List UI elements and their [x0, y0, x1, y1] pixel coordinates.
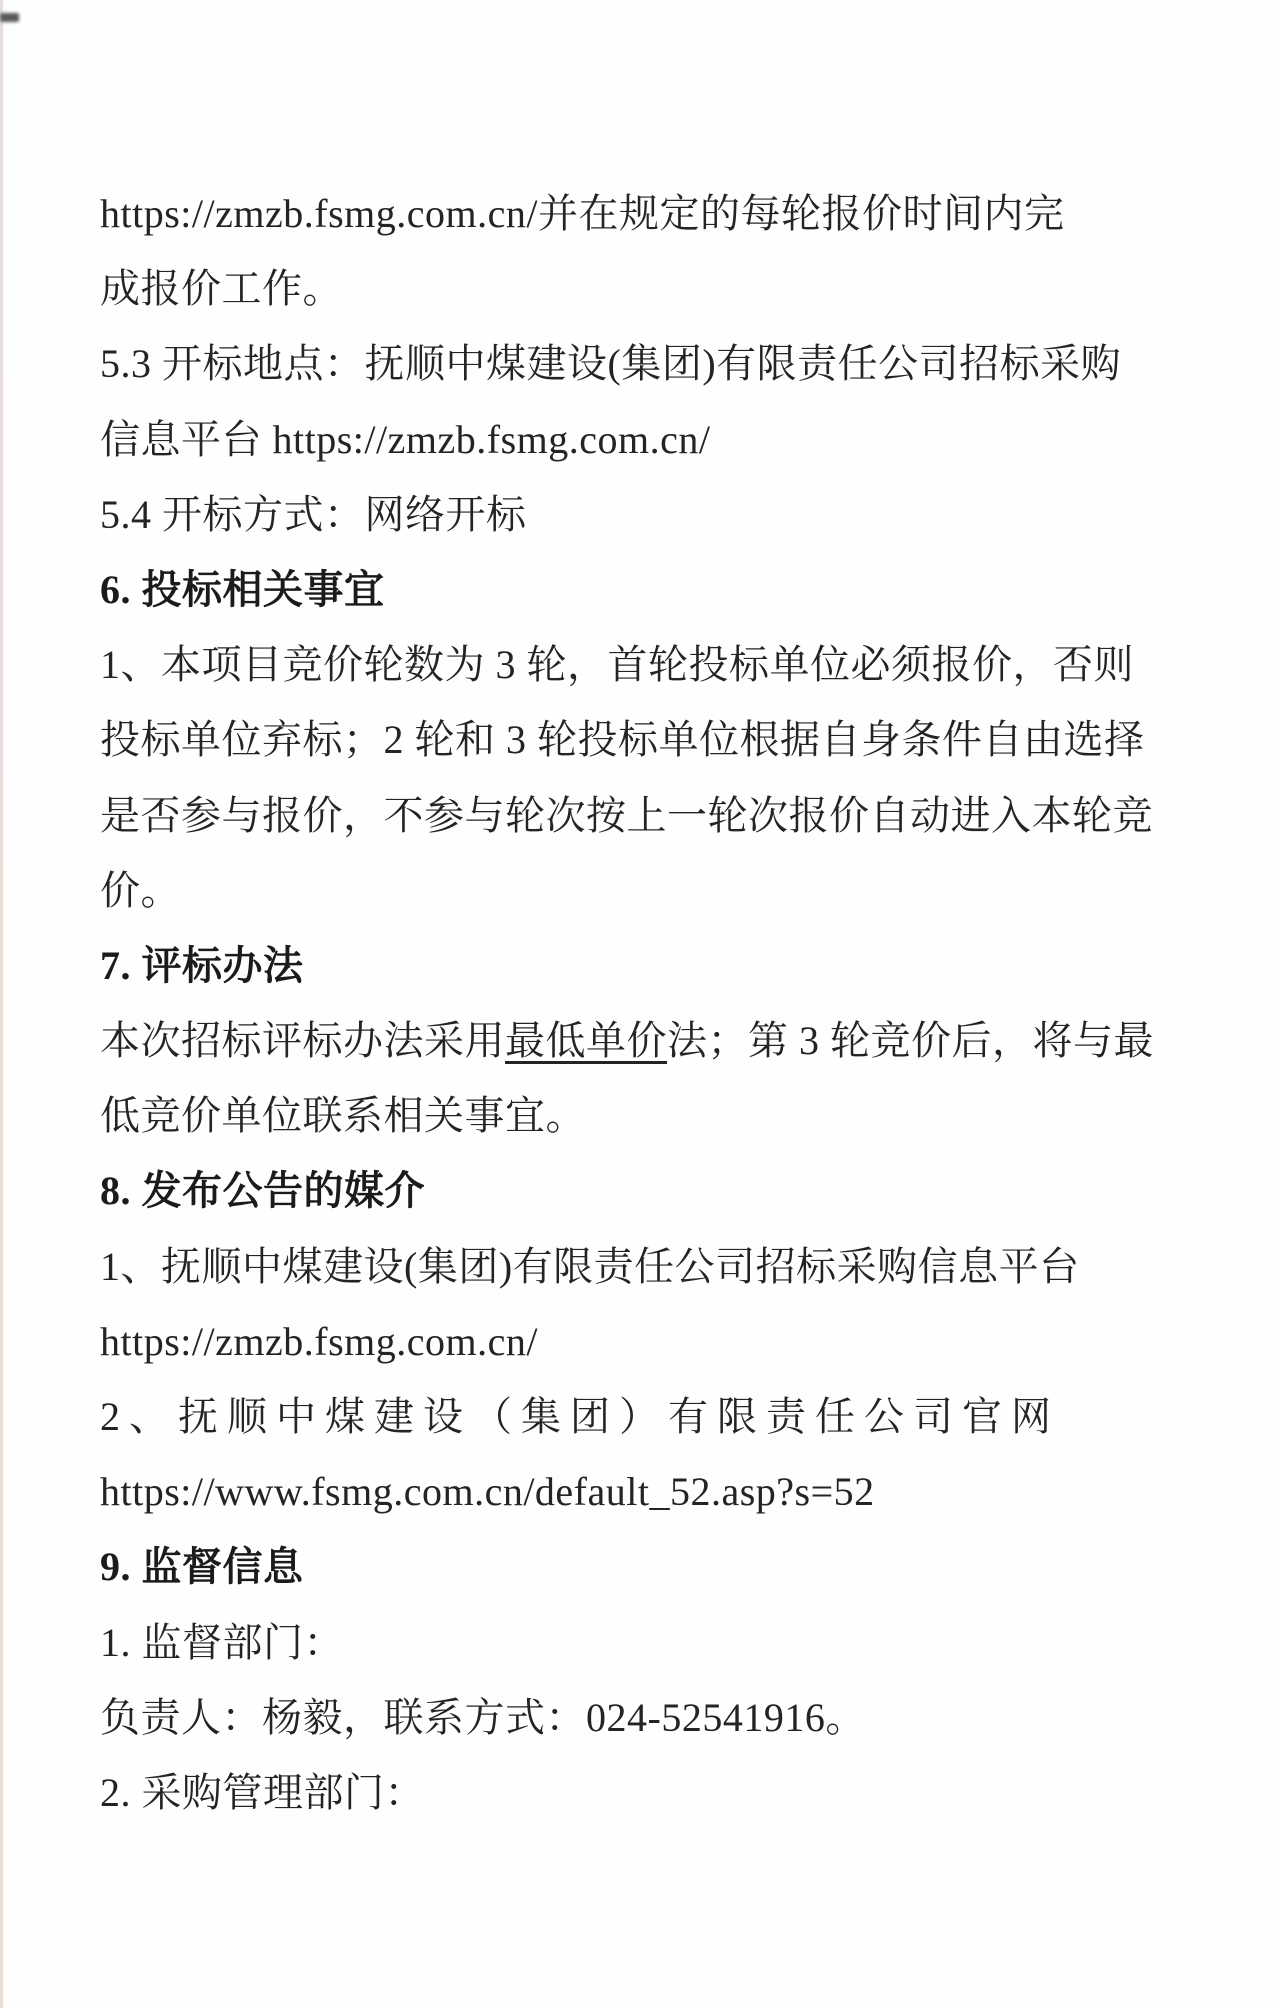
text-segment: 9. 监督信息 — [100, 1544, 304, 1589]
document-line-17: 2、抚顺中煤建设（集团）有限责任公司官网 — [100, 1379, 1110, 1454]
text-segment: 5.3 开标地点：抚顺中煤建设(集团)有限责任公司招标采购 — [100, 341, 1121, 386]
document-line-22: 2. 采购管理部门： — [100, 1755, 1110, 1830]
document-line-12: 本次招标评标办法采用最低单价法；第 3 轮竞价后，将与最 — [100, 1003, 1110, 1078]
document-line-13: 低竞价单位联系相关事宜。 — [100, 1078, 1110, 1153]
text-segment: 2、抚顺中煤建设（集团）有限责任公司官网 — [100, 1394, 1060, 1439]
text-segment: 本次招标评标办法采用 — [100, 1018, 505, 1063]
document-line-7: 1、本项目竞价轮数为 3 轮，首轮投标单位必须报价，否则 — [100, 627, 1110, 702]
underlined-text: 最低单价 — [505, 1018, 667, 1063]
text-segment: 1. 监督部门： — [100, 1620, 344, 1665]
document-line-9: 是否参与报价，不参与轮次按上一轮次报价自动进入本轮竞 — [100, 778, 1110, 853]
document-line-1: https://zmzb.fsmg.com.cn/并在规定的每轮报价时间内完 — [100, 176, 1110, 251]
text-segment: 信息平台 https://zmzb.fsmg.com.cn/ — [100, 417, 711, 462]
text-segment: 法；第 3 轮竞价后，将与最 — [667, 1018, 1154, 1063]
document-line-5: 5.4 开标方式：网络开标 — [100, 477, 1110, 552]
text-segment: 是否参与报价，不参与轮次按上一轮次报价自动进入本轮竞 — [100, 793, 1153, 838]
document-line-8: 投标单位弃标；2 轮和 3 轮投标单位根据自身条件自由选择 — [100, 702, 1110, 777]
text-segment: 1、本项目竞价轮数为 3 轮，首轮投标单位必须报价，否则 — [100, 642, 1134, 687]
document-line-14: 8. 发布公告的媒介 — [100, 1153, 1110, 1228]
text-segment: 1、抚顺中煤建设(集团)有限责任公司招标采购信息平台 — [100, 1244, 1080, 1289]
text-segment: 投标单位弃标；2 轮和 3 轮投标单位根据自身条件自由选择 — [100, 717, 1145, 762]
scanned-page: https://zmzb.fsmg.com.cn/并在规定的每轮报价时间内完成报… — [0, 0, 1280, 2008]
document-line-21: 负责人：杨毅，联系方式：024-52541916。 — [100, 1680, 1110, 1755]
document-line-18: https://www.fsmg.com.cn/default_52.asp?s… — [100, 1454, 1110, 1529]
document-line-20: 1. 监督部门： — [100, 1605, 1110, 1680]
text-segment: 6. 投标相关事宜 — [100, 567, 385, 612]
text-segment: https://www.fsmg.com.cn/default_52.asp?s… — [100, 1469, 875, 1514]
scan-smudge-artifact — [0, 13, 19, 22]
text-segment: 5.4 开标方式：网络开标 — [100, 492, 527, 537]
document-line-10: 价。 — [100, 853, 1110, 928]
document-line-6: 6. 投标相关事宜 — [100, 552, 1110, 627]
scan-edge-shadow — [0, 0, 3, 2008]
text-segment: https://zmzb.fsmg.com.cn/并在规定的每轮报价时间内完 — [100, 191, 1065, 236]
text-segment: 成报价工作。 — [100, 266, 343, 311]
document-line-4: 信息平台 https://zmzb.fsmg.com.cn/ — [100, 402, 1110, 477]
text-segment: https://zmzb.fsmg.com.cn/ — [100, 1319, 538, 1364]
text-segment: 低竞价单位联系相关事宜。 — [100, 1093, 586, 1138]
document-line-3: 5.3 开标地点：抚顺中煤建设(集团)有限责任公司招标采购 — [100, 326, 1110, 401]
document-line-11: 7. 评标办法 — [100, 928, 1110, 1003]
document-line-2: 成报价工作。 — [100, 251, 1110, 326]
text-segment: 8. 发布公告的媒介 — [100, 1168, 425, 1213]
document-line-19: 9. 监督信息 — [100, 1529, 1110, 1604]
text-segment: 2. 采购管理部门： — [100, 1770, 425, 1815]
document-line-15: 1、抚顺中煤建设(集团)有限责任公司招标采购信息平台 — [100, 1229, 1110, 1304]
document-body: https://zmzb.fsmg.com.cn/并在规定的每轮报价时间内完成报… — [100, 176, 1110, 1830]
text-segment: 价。 — [100, 868, 181, 913]
document-line-16: https://zmzb.fsmg.com.cn/ — [100, 1304, 1110, 1379]
text-segment: 7. 评标办法 — [100, 943, 304, 988]
text-segment: 负责人：杨毅，联系方式：024-52541916。 — [100, 1695, 866, 1740]
